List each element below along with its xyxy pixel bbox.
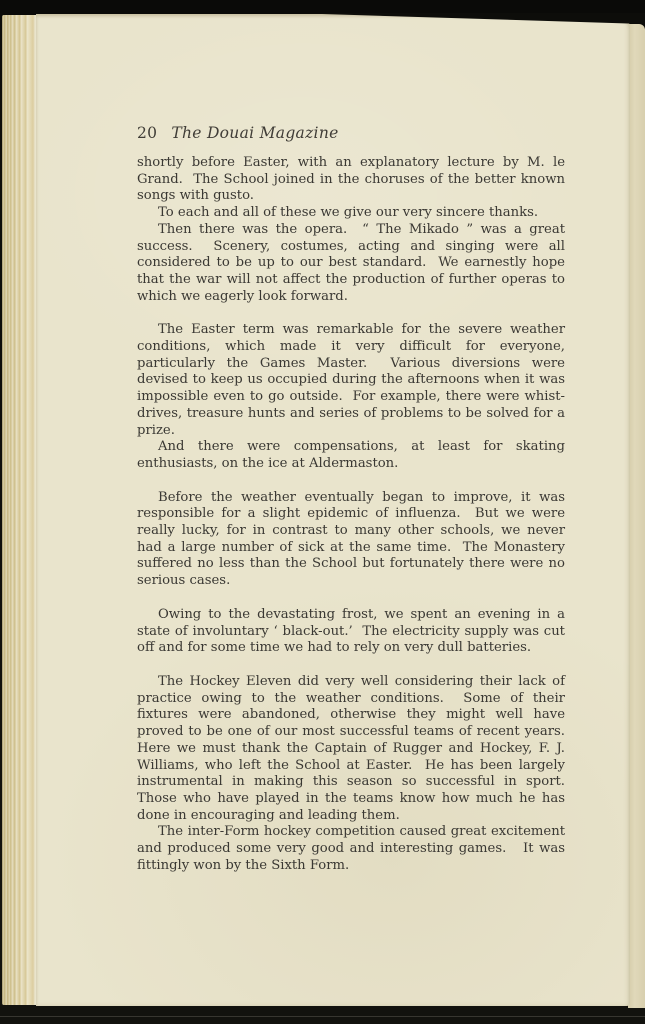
underlying-page-edge [628, 24, 645, 1008]
paragraph: Before the weather eventually began to i… [137, 490, 565, 590]
left-page-edges [2, 15, 38, 1005]
paragraph: The inter-Form hockey competition caused… [137, 824, 565, 874]
paragraph: And there were compensations, at least f… [137, 439, 565, 472]
paragraph: The Easter term was remarkable for the s… [137, 322, 565, 439]
paragraph: Then there was the opera. “ The Mikado ”… [137, 222, 565, 306]
paragraph-continuation: shortly before Easter, with an explanato… [137, 155, 565, 205]
bottom-surface-line [0, 1016, 645, 1017]
paragraph: The Hockey Eleven did very well consider… [137, 674, 565, 824]
page-number: 20 [137, 124, 157, 142]
book-page: 20The Douai Magazine shortly before East… [36, 14, 630, 1006]
magazine-title: The Douai Magazine [171, 124, 338, 142]
paragraph: To each and all of these we give our ver… [137, 205, 565, 222]
paragraph: Owing to the devastating frost, we spent… [137, 607, 565, 657]
scanned-book-photo: 20The Douai Magazine shortly before East… [0, 0, 645, 1024]
running-header: 20The Douai Magazine [137, 124, 565, 142]
page-content: 20The Douai Magazine shortly before East… [137, 124, 565, 874]
body-text: shortly before Easter, with an explanato… [137, 155, 565, 874]
